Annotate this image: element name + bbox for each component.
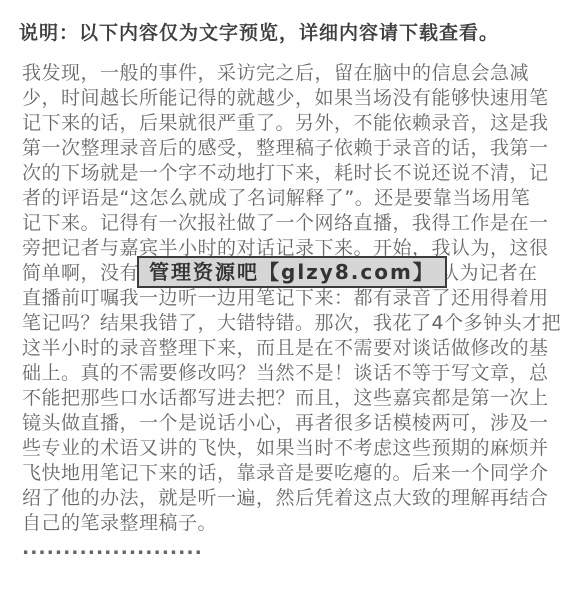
text-line: 些专业的术语又讲的飞快，如果当时不考虑这些预期的麻烦并 bbox=[22, 436, 578, 461]
article-text: 我发现，一般的事件，采访完之后，留在脑中的信息会急减 少，时间越长所能记得的就越… bbox=[22, 61, 578, 561]
text-line: 少，时间越长所能记得的就越少，如果当场没有能够快速用笔 bbox=[22, 86, 578, 111]
text-line: 绍了他的办法，就是听一遍，然后凭着这点大致的理解再结合 bbox=[22, 486, 578, 511]
text-line: 笔记吗？结果我错了，大错特错。那次，我花了4个多钟头才把 bbox=[22, 311, 578, 336]
text-line: 这半小时的录音整理下来，而且是在不需要对谈话做修改的基 bbox=[22, 336, 578, 361]
text-line: 直播前叮嘱我一边听一边用笔记下来：都有录音了还用得着用 bbox=[22, 286, 578, 311]
preview-notice: 说明：以下内容仅为文字预览，详细内容请下载查看。 bbox=[19, 18, 578, 45]
text-line: 镜头做直播，一个是说话小心，再者很多话模棱两可，涉及一 bbox=[22, 411, 578, 436]
text-line: 飞快地用笔记下来的话，靠录音是要吃瘪的。后来一个同学介 bbox=[22, 461, 578, 486]
text-line: 次的下场就是一个字不动地打下来，耗时长不说还说不清，记 bbox=[22, 161, 578, 186]
text-line: 础上。真的不需要修改吗？当然不是！谈话不等于写文章，总 bbox=[22, 361, 578, 386]
text-line: 者的评语是“这怎么就成了名词解释了”。还是要靠当场用笔 bbox=[22, 186, 578, 211]
text-line: 自己的笔录整理稿子。 bbox=[22, 511, 578, 536]
watermark-line-left: 简单啊，没有 bbox=[22, 262, 139, 284]
text-line: 第一次整理录音后的感受，整理稿子依赖于录音的话，我第一 bbox=[22, 136, 578, 161]
text-line: 记下来的话，后果就很严重了。另外，不能依赖录音，这是我 bbox=[22, 111, 578, 136]
text-line: 不能把那些口水话都写进去把？而且，这些嘉宾都是第一次上 bbox=[22, 386, 578, 411]
watermark-badge: 管理资源吧【glzy8.com】 bbox=[137, 256, 447, 288]
preview-page: 说明：以下内容仅为文字预览，详细内容请下载查看。 我发现，一般的事件，采访完之后… bbox=[0, 0, 578, 600]
ellipsis-line: ...................... bbox=[22, 536, 578, 561]
text-line: 记下来。记得有一次报社做了一个网络直播，我得工作是在一 bbox=[22, 211, 578, 236]
text-line: 我发现，一般的事件，采访完之后，留在脑中的信息会急减 bbox=[22, 61, 578, 86]
